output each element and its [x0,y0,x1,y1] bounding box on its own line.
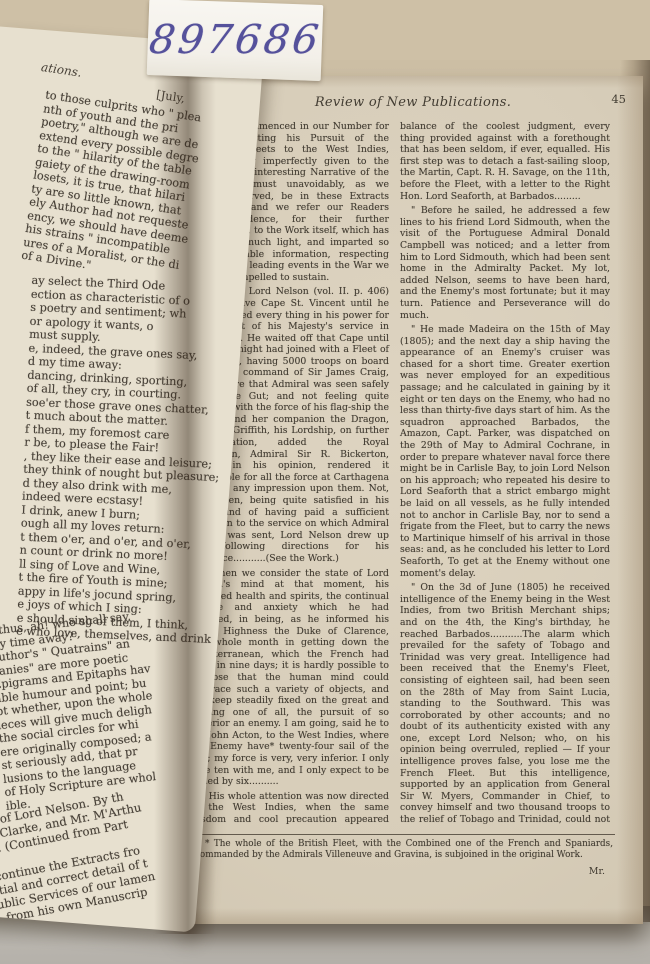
left-page-text-block-1: to those culprits who " plea nth of yout… [20,88,256,293]
paragraph: " Before he sailed, he addressed a few l… [400,205,610,321]
paragraph: " He made Madeira on the 15th of May (18… [400,324,610,579]
right-book-page: 1811.] Review of New Publications. 45 wh… [183,76,643,924]
inventory-sticker: 897686 [147,0,324,81]
paragraph: balance of the coolest judgment, every t… [400,121,610,202]
left-page-date-fragment: [July, [155,87,186,105]
footnote-rule [191,834,615,835]
left-page-text-block-2: ay select the Third Ode ection as charac… [16,274,244,647]
right-column: balance of the coolest judgment, every t… [400,121,610,825]
sticker-number: 897686 [146,17,323,63]
left-page-text-block-3: g thus, ah! who shall say, my time away?… [0,603,217,813]
catchword: Mr. [589,866,605,877]
paragraph: " On the 3d of June (1805) he received i… [400,582,610,825]
footnote: * The whole of the British Fleet, with t… [195,839,613,861]
page-number: 45 [611,92,626,106]
paragraph: " His whole attention was now directed t… [190,791,389,825]
text-columns: which we commenced in our Number for Apr… [190,121,610,825]
left-page-header-fragment: ations. [40,60,82,80]
